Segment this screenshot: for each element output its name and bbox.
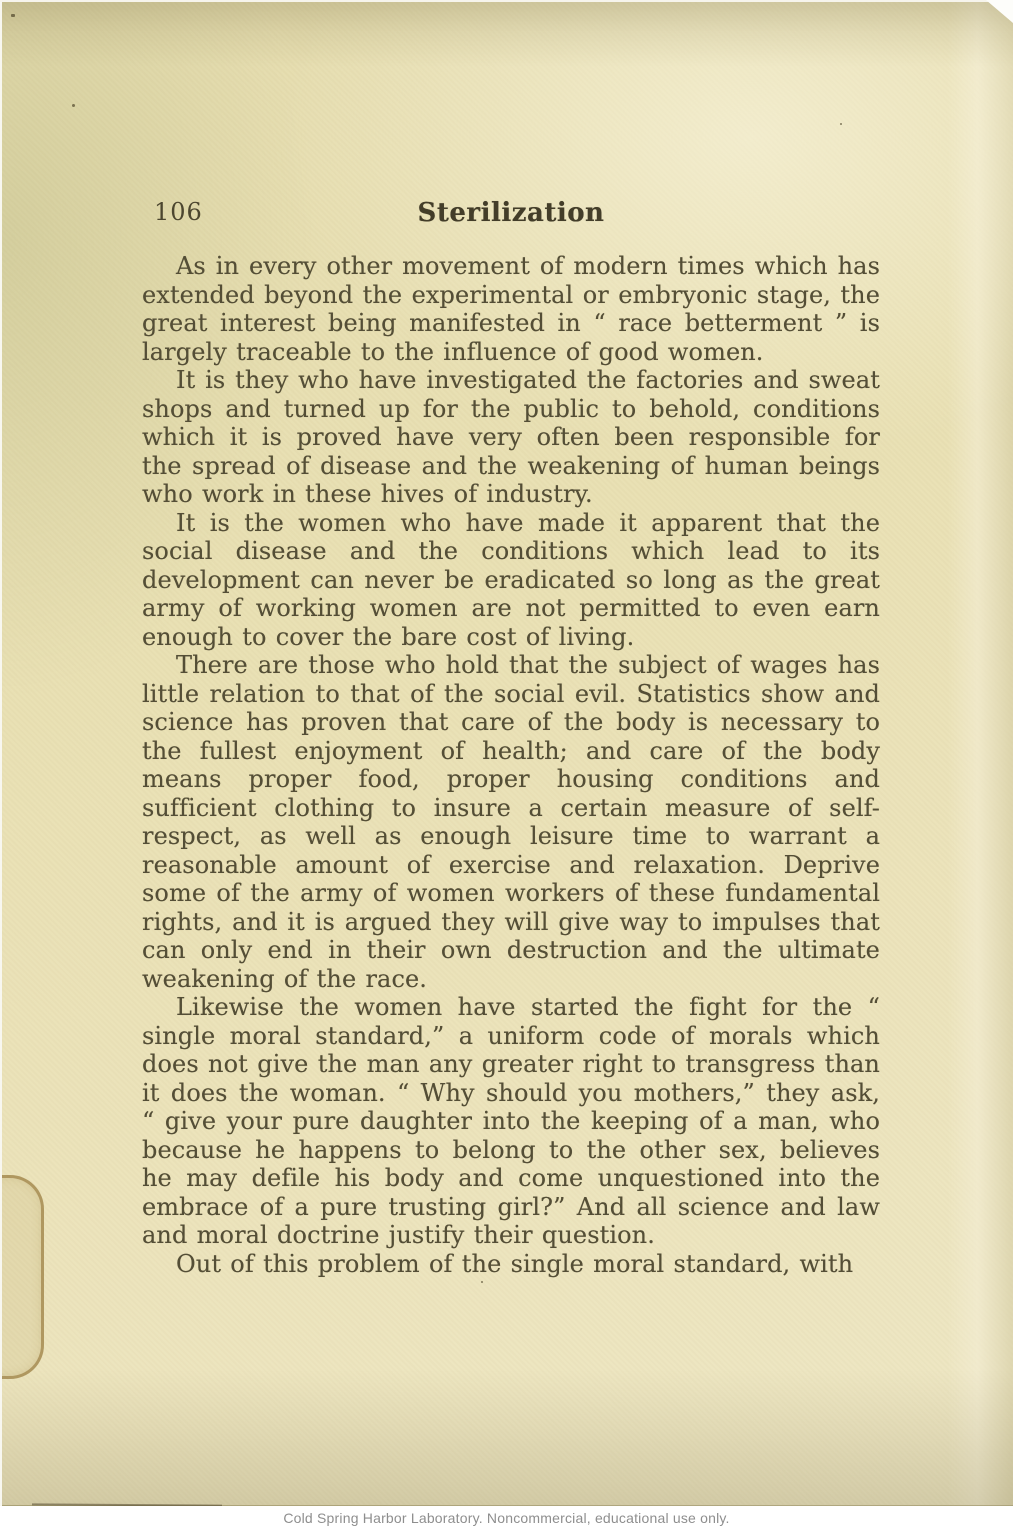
scan-edge-top (0, 0, 1013, 2)
paragraph: It is they who have investigated the fac… (142, 366, 880, 509)
dust-speck (72, 104, 75, 107)
stain-mark (0, 1175, 44, 1379)
paragraph: It is the women who have made it apparen… (142, 509, 880, 652)
scan-edge-left (0, 0, 2, 1506)
dust-speck (840, 123, 842, 125)
page-header: 106 Sterilization (142, 198, 880, 230)
page-number: 106 (154, 198, 203, 226)
paragraph: There are those who hold that the subjec… (142, 651, 880, 993)
paragraph: As in every other movement of modern tim… (142, 252, 880, 366)
dust-speck (11, 14, 15, 17)
paper-sheet: 106 Sterilization As in every other move… (2, 2, 1013, 1506)
dust-speck (481, 1281, 483, 1283)
credit-bar: Cold Spring Harbor Laboratory. Noncommer… (0, 1506, 1013, 1529)
book-page-scan: 106 Sterilization As in every other move… (0, 0, 1013, 1529)
paragraph: Out of this problem of the single moral … (142, 1250, 880, 1279)
running-head-title: Sterilization (142, 198, 880, 228)
credit-text: Cold Spring Harbor Laboratory. Noncommer… (283, 1510, 729, 1526)
paragraph: Likewise the women have started the figh… (142, 993, 880, 1250)
body-text: As in every other movement of modern tim… (142, 252, 880, 1278)
